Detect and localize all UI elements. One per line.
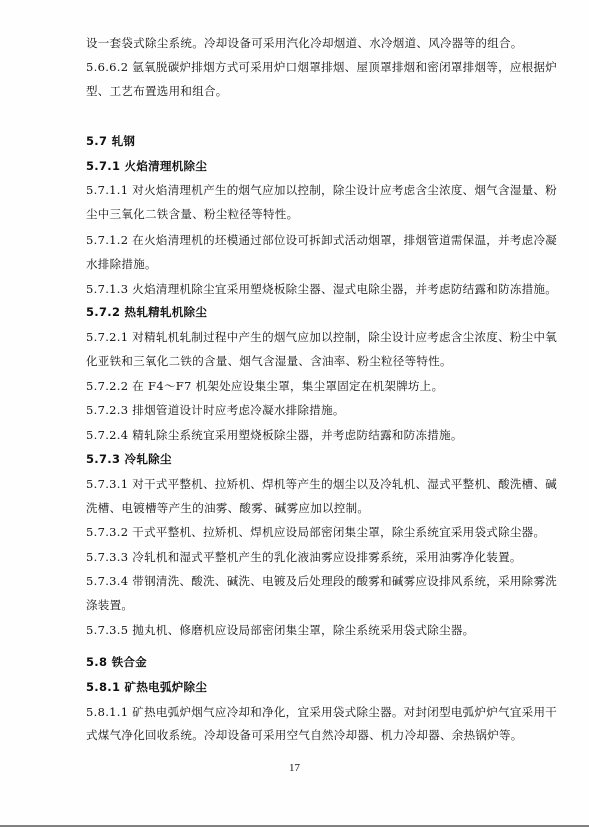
body-text-line: 5.7.1.3 火焰清理机除尘宜采用塑烧板除尘器、湿式电除尘器，并考虑防结露和防…	[86, 281, 506, 297]
body-text-line: 化亚铁和三氧化二铁的含量、烟气含湿量、含油率、粉尘粒径等特性。	[86, 353, 506, 369]
body-text-line: 型、工艺布置选用和组合。	[86, 83, 506, 99]
section-heading: 5.7.1 火焰清理机除尘	[86, 158, 506, 174]
body-text-line: 式煤气净化回收系统。冷却设备可采用空气自然冷却器、机力冷却器、余热锅炉等。	[86, 727, 506, 743]
body-text-line: 5.6.6.2 氩氧脱碳炉排烟方式可采用炉口烟罩排烟、屋顶罩排烟和密闭罩排烟等，…	[86, 59, 506, 75]
body-text-line: 5.7.2.3 排烟管道设计时应考虑冷凝水排除措施。	[86, 402, 506, 418]
body-text-line: 5.7.1.1 对火焰清理机产生的烟气应加以控制，除尘设计应考虑含尘浓度、烟气含…	[86, 182, 506, 198]
body-text-line: 洗槽、电镀槽等产生的油雾、酸雾、碱雾应加以控制。	[86, 500, 506, 516]
document-page: 设一套袋式除尘系统。冷却设备可采用汽化冷却烟道、水冷烟道、风冷器等的组合。5.6…	[0, 0, 589, 825]
section-heading: 5.7.3 冷轧除尘	[86, 451, 506, 467]
page-number: 17	[0, 762, 589, 774]
body-text-line: 5.7.3.1 对干式平整机、拉矫机、焊机等产生的烟尘以及冷轧机、湿式平整机、酸…	[86, 476, 506, 492]
section-heading: 5.8 铁合金	[86, 654, 506, 670]
body-text-line: 涤装置。	[86, 597, 506, 613]
body-text-line: 5.7.1.2 在火焰清理机的坯模通过部位设可拆卸式活动烟罩，排烟管道需保温，并…	[86, 232, 506, 248]
body-text-line: 5.7.2.1 对精轧机轧制过程中产生的烟气应加以控制，除尘设计应考虑含尘浓度、…	[86, 329, 506, 345]
section-heading: 5.7 轧钢	[86, 133, 506, 149]
section-heading: 5.7.2 热轧精轧机除尘	[86, 304, 506, 320]
body-text-line: 5.8.1.1 矿热电弧炉烟气应冷却和净化，宜采用袋式除尘器。对封闭型电弧炉炉气…	[86, 704, 506, 720]
body-text-line: 5.7.2.2 在 F4～F7 机架处应设集尘罩，集尘罩固定在机架牌坊上。	[86, 378, 506, 394]
body-text-line: 设一套袋式除尘系统。冷却设备可采用汽化冷却烟道、水冷烟道、风冷器等的组合。	[86, 35, 506, 51]
body-text-line: 5.7.3.2 干式平整机、拉矫机、焊机应设局部密闭集尘罩，除尘系统宜采用袋式除…	[86, 524, 506, 540]
body-text-line: 5.7.3.3 冷轧机和湿式平整机产生的乳化液油雾应设排雾系统，采用油雾净化装置…	[86, 549, 506, 565]
section-heading: 5.8.1 矿热电弧炉除尘	[86, 679, 506, 695]
body-text-line: 尘中三氧化二铁含量、粉尘粒径等特性。	[86, 206, 506, 222]
body-text-line: 5.7.3.5 抛丸机、修磨机应设局部密闭集尘罩，除尘系统采用袋式除尘器。	[86, 622, 506, 638]
body-text-line: 5.7.3.4 带钢清洗、酸洗、碱洗、电镀及后处理段的酸雾和碱雾应设排风系统，采…	[86, 573, 506, 589]
body-text-line: 水排除措施。	[86, 256, 506, 272]
body-text-line: 5.7.2.4 精轧除尘系统宜采用塑烧板除尘器，并考虑防结露和防冻措施。	[86, 427, 506, 443]
